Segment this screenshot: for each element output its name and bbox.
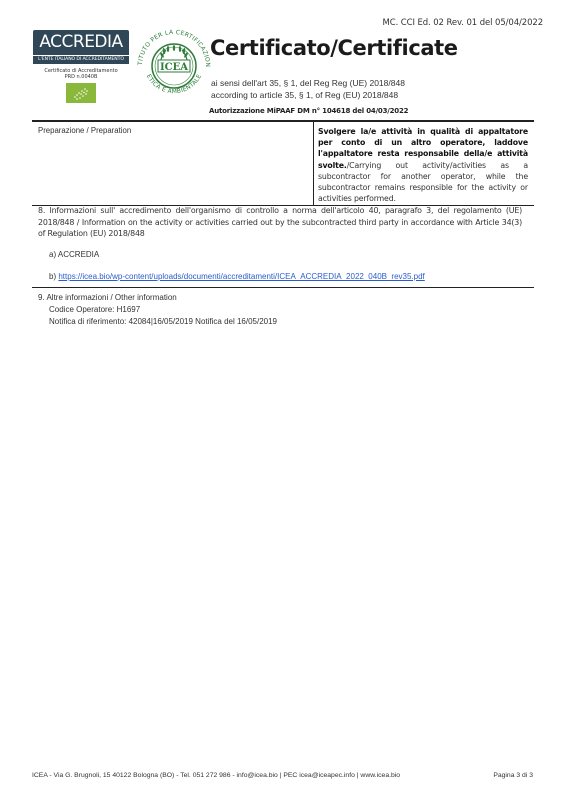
accreditation-link-row: b) https://icea.bio/wp-content/uploads/d… xyxy=(49,272,425,281)
page-number: Pagina 3 di 3 xyxy=(493,772,533,779)
accreditation-document-link[interactable]: https://icea.bio/wp-content/uploads/docu… xyxy=(58,272,424,281)
svg-text:ICEA: ICEA xyxy=(160,62,188,73)
section-9-heading: 9. Altre informazioni / Other informatio… xyxy=(38,292,277,304)
eu-organic-leaf-icon xyxy=(66,83,96,103)
authorization-line: Autorizzazione MiPAAF DM n° 104618 del 0… xyxy=(209,107,408,115)
accredia-name: ACCREDIA xyxy=(33,30,129,55)
page-title: Certificato/Certificate xyxy=(210,36,458,60)
accredia-tagline: L'ENTE ITALIANO DI ACCREDITAMENTO xyxy=(33,55,129,64)
footer-address: ICEA - Via G. Brugnoli, 15 40122 Bologna… xyxy=(32,772,400,779)
activity-category: Preparazione / Preparation xyxy=(32,122,313,205)
accreditation-body: a) ACCREDIA xyxy=(49,250,99,259)
notification-reference: Notifica di riferimento: 42084|16/05/201… xyxy=(38,316,277,328)
section-8-text: 8. Informazioni sull' accredimento dell'… xyxy=(38,205,522,240)
activity-description-en: /Carrying out activity/activities as a s… xyxy=(318,161,528,204)
activity-table: Preparazione / Preparation Svolgere la/e… xyxy=(32,120,534,206)
activity-description: Svolgere la/e attività in qualità di app… xyxy=(313,122,534,205)
section-9: 9. Altre informazioni / Other informatio… xyxy=(38,292,277,327)
regulation-reference-it: ai sensi dell'art 35, § 1, del Reg Reg (… xyxy=(211,77,405,89)
accreditation-link-prefix: b) xyxy=(49,272,58,281)
section-divider xyxy=(32,287,534,288)
regulation-reference: ai sensi dell'art 35, § 1, del Reg Reg (… xyxy=(211,77,405,101)
operator-code: Codice Operatore: H1697 xyxy=(38,304,277,316)
revision-info: MC. CCI Ed. 02 Rev. 01 del 05/04/2022 xyxy=(383,18,543,28)
regulation-reference-en: according to article 35, § 1, of Reg (EU… xyxy=(211,89,405,101)
accredia-cert-line2: PRD n.0040B xyxy=(33,74,129,80)
accredia-logo: ACCREDIA L'ENTE ITALIANO DI ACCREDITAMEN… xyxy=(33,30,129,103)
icea-logo: ICEA ISTITUTO PER LA CERTIFICAZIONE ETIC… xyxy=(134,22,214,110)
svg-text:ETICA E AMBIENTALE: ETICA E AMBIENTALE xyxy=(145,73,203,95)
